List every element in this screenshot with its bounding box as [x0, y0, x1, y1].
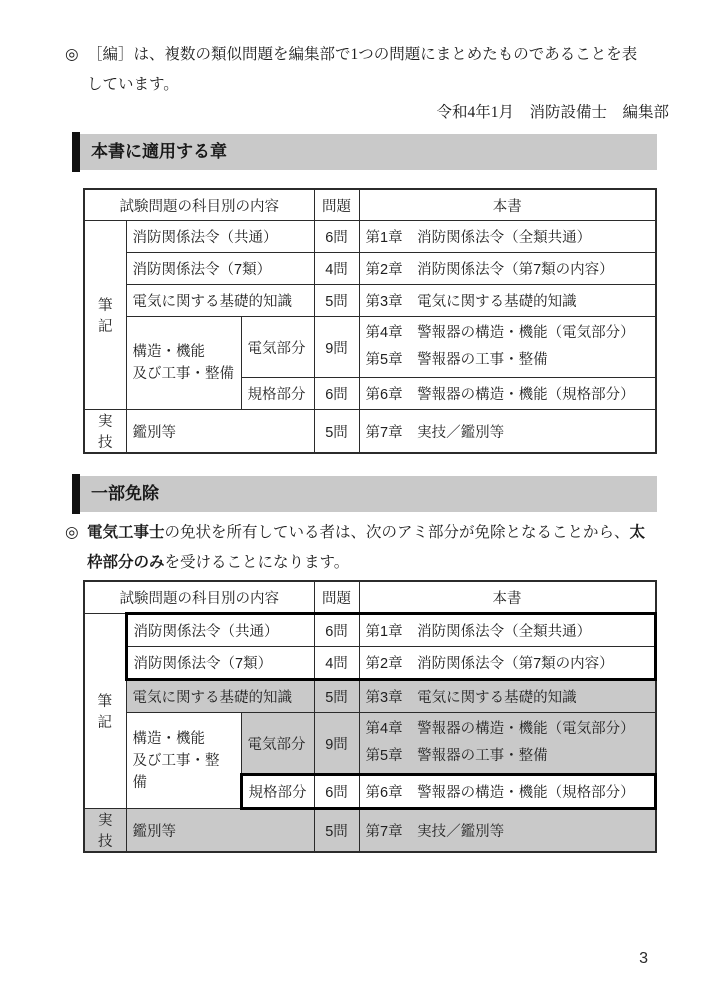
- cell-questions: 5問: [314, 410, 359, 454]
- table-row: 消防関係法令（7類） 4問 第2章 消防関係法令（第7類の内容）: [84, 647, 656, 680]
- cell-subject: 鑑別等: [126, 809, 314, 853]
- cell-book: 第1章 消防関係法令（全類共通）: [359, 614, 655, 647]
- header-book: 本書: [359, 581, 655, 614]
- cell-book: 第1章 消防関係法令（全類共通）: [359, 221, 656, 253]
- book-line-1: 第4章 警報器の構造・機能（電気部分）: [366, 320, 649, 347]
- book-page: ◎ ［編］は、複数の類似問題を編集部で1つの問題にまとめたものであることを表 し…: [0, 0, 705, 1000]
- cell-book: 第4章 警報器の構造・機能（電気部分） 第5章 警報器の工事・整備: [359, 713, 655, 775]
- table-row: 構造・機能 及び工事・整備 電気部分 9問 第4章 警報器の構造・機能（電気部分…: [84, 317, 656, 378]
- table-row: 実技 鑑別等 5問 第7章 実技／鑑別等: [84, 410, 656, 454]
- header-questions: 問題: [314, 189, 359, 221]
- cell-questions: 5問: [314, 680, 359, 713]
- exemption-bold-frame-only: 枠部分のみ: [87, 554, 165, 571]
- cell-book: 第7章 実技／鑑別等: [359, 410, 656, 454]
- book-line-1: 第4章 警報器の構造・機能（電気部分）: [366, 716, 649, 743]
- exemption-line-2: 枠部分のみを受けることになります。: [87, 548, 657, 578]
- intro-paragraph: ◎ ［編］は、複数の類似問題を編集部で1つの問題にまとめたものであることを表 し…: [65, 40, 657, 100]
- section-header-exemption: 一部免除: [72, 476, 657, 512]
- table-row: 筆記 消防関係法令（共通） 6問 第1章 消防関係法令（全類共通）: [84, 614, 656, 647]
- cell-part: 電気部分: [241, 713, 314, 775]
- table-row: 構造・機能 及び工事・整備 電気部分 9問 第4章 警報器の構造・機能（電気部分…: [84, 713, 656, 775]
- cell-questions: 4問: [314, 253, 359, 285]
- section-title-exemption: 一部免除: [72, 476, 657, 512]
- cell-subject: 構造・機能 及び工事・整備: [126, 713, 241, 809]
- cell-book: 第2章 消防関係法令（第7類の内容）: [359, 647, 655, 680]
- table-header-row: 試験問題の科目別の内容 問題 本書: [84, 581, 656, 614]
- cell-questions: 6問: [314, 221, 359, 253]
- exemption-note: ◎ 電気工事士の免状を所有している者は、次のアミ部分が免除となることから、太 枠…: [65, 518, 657, 578]
- cell-book: 第3章 電気に関する基礎的知識: [359, 285, 656, 317]
- table-row: 消防関係法令（7類） 4問 第2章 消防関係法令（第7類の内容）: [84, 253, 656, 285]
- cell-questions: 9問: [314, 317, 359, 378]
- header-exam-subject: 試験問題の科目別の内容: [84, 581, 314, 614]
- cell-questions: 5問: [314, 285, 359, 317]
- cell-subject: 電気に関する基礎的知識: [126, 285, 314, 317]
- cell-questions: 6問: [314, 775, 359, 809]
- exemption-rest-text: を受けることになります。: [165, 554, 350, 571]
- page-number: 3: [639, 950, 648, 968]
- header-book: 本書: [359, 189, 656, 221]
- exemption-bold-futo: 太: [630, 524, 646, 541]
- cell-practical-label: 実技: [84, 809, 126, 853]
- cell-book: 第6章 警報器の構造・機能（規格部分）: [359, 378, 656, 410]
- book-line-2: 第5章 警報器の工事・整備: [366, 743, 649, 770]
- page-content: ◎ ［編］は、複数の類似問題を編集部で1つの問題にまとめたものであることを表 し…: [65, 40, 657, 853]
- bullet-mark: ◎: [65, 40, 79, 70]
- cell-subject: 電気に関する基礎的知識: [126, 680, 314, 713]
- table-row: 電気に関する基礎的知識 5問 第3章 電気に関する基礎的知識: [84, 680, 656, 713]
- book-line-2: 第5章 警報器の工事・整備: [366, 347, 649, 374]
- cell-questions: 5問: [314, 809, 359, 853]
- cell-questions: 9問: [314, 713, 359, 775]
- cell-book: 第6章 警報器の構造・機能（規格部分）: [359, 775, 655, 809]
- cell-subject: 消防関係法令（共通）: [126, 614, 314, 647]
- exemption-table: 試験問題の科目別の内容 問題 本書 筆記 消防関係法令（共通） 6問 第1章 消…: [83, 580, 657, 853]
- table-row: 筆記 消防関係法令（共通） 6問 第1章 消防関係法令（全類共通）: [84, 221, 656, 253]
- cell-part: 規格部分: [241, 775, 314, 809]
- chapter-table: 試験問題の科目別の内容 問題 本書 筆記 消防関係法令（共通） 6問 第1章 消…: [83, 188, 657, 454]
- cell-subject: 鑑別等: [126, 410, 314, 454]
- subject-line-2: 及び工事・整備: [133, 750, 234, 794]
- attribution-line: 令和4年1月 消防設備士 編集部: [65, 100, 669, 126]
- cell-book: 第3章 電気に関する基礎的知識: [359, 680, 655, 713]
- intro-line-1: ［編］は、複数の類似問題を編集部で1つの問題にまとめたものであることを表: [87, 40, 657, 70]
- cell-part: 規格部分: [241, 378, 314, 410]
- subject-line-1: 構造・機能: [133, 728, 234, 750]
- cell-questions: 6問: [314, 378, 359, 410]
- cell-book: 第7章 実技／鑑別等: [359, 809, 655, 853]
- subject-line-1: 構造・機能: [133, 341, 235, 363]
- cell-subject: 構造・機能 及び工事・整備: [126, 317, 241, 410]
- section-accent-bar: [72, 474, 80, 514]
- cell-written-label: 筆記: [84, 614, 126, 809]
- cell-book: 第2章 消防関係法令（第7類の内容）: [359, 253, 656, 285]
- header-questions: 問題: [314, 581, 359, 614]
- table-row: 実技 鑑別等 5問 第7章 実技／鑑別等: [84, 809, 656, 853]
- cell-book: 第4章 警報器の構造・機能（電気部分） 第5章 警報器の工事・整備: [359, 317, 656, 378]
- section-title-apply: 本書に適用する章: [72, 134, 657, 170]
- exemption-mid-text: の免状を所有している者は、次のアミ部分が免除となることから、: [165, 524, 630, 541]
- table-header-row: 試験問題の科目別の内容 問題 本書: [84, 189, 656, 221]
- exemption-bold-electrician: 電気工事士: [87, 524, 165, 541]
- table-row: 電気に関する基礎的知識 5問 第3章 電気に関する基礎的知識: [84, 285, 656, 317]
- cell-practical-label: 実技: [84, 410, 126, 454]
- section-header-apply: 本書に適用する章: [72, 134, 657, 170]
- cell-subject: 消防関係法令（7類）: [126, 253, 314, 285]
- cell-part: 電気部分: [241, 317, 314, 378]
- cell-subject: 消防関係法令（7類）: [126, 647, 314, 680]
- exemption-line-1: 電気工事士の免状を所有している者は、次のアミ部分が免除となることから、太: [87, 518, 657, 548]
- cell-written-label: 筆記: [84, 221, 126, 410]
- header-exam-subject: 試験問題の科目別の内容: [84, 189, 314, 221]
- cell-questions: 4問: [314, 647, 359, 680]
- subject-line-2: 及び工事・整備: [133, 363, 235, 385]
- intro-line-2: しています。: [87, 70, 657, 100]
- cell-subject: 消防関係法令（共通）: [126, 221, 314, 253]
- section-accent-bar: [72, 132, 80, 172]
- bullet-mark: ◎: [65, 518, 79, 548]
- cell-questions: 6問: [314, 614, 359, 647]
